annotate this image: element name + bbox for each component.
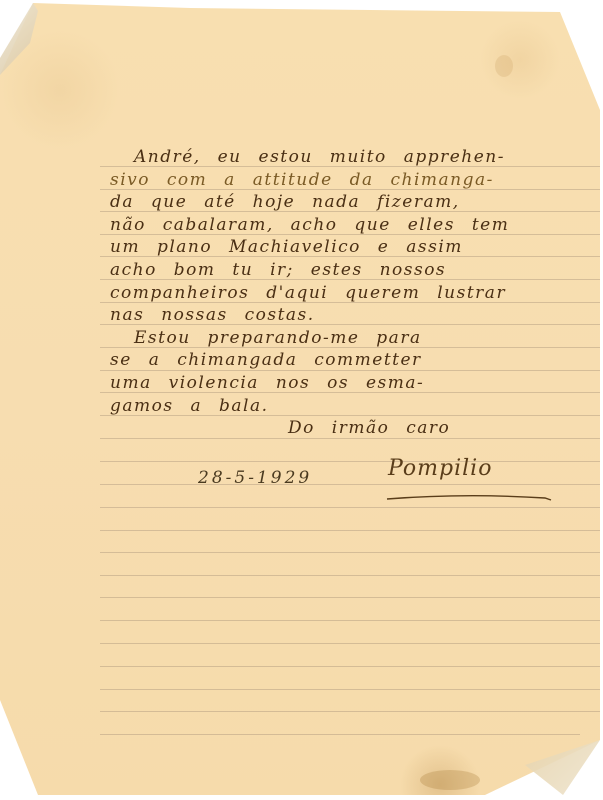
- letter-line: uma violencia nos os esma-: [110, 372, 600, 395]
- letter-line: Estou preparando-me para: [110, 327, 600, 350]
- signature: Pompilio: [388, 456, 492, 481]
- letter-line: André, eu estou muito apprehen-: [110, 146, 600, 169]
- letter-line: se a chimangada commetter: [110, 349, 600, 372]
- letter-line: da que até hoje nada fizeram,: [110, 191, 600, 214]
- letter-body: André, eu estou muito apprehen- sivo com…: [110, 146, 600, 440]
- letter-date: 28-5-1929: [198, 468, 312, 488]
- letter-line: um plano Machiavelico e assim: [110, 236, 600, 259]
- letter-line: acho bom tu ir; estes nossos: [110, 259, 600, 282]
- letter-line: nas nossas costas.: [110, 304, 600, 327]
- letter-line: gamos a bala.: [110, 395, 600, 418]
- letter-line: não cabalaram, acho que elles tem: [110, 214, 600, 237]
- letter-closing: Do irmão caro: [110, 417, 600, 440]
- letter-line: companheiros d'aqui querem lustrar: [110, 282, 600, 305]
- letter-line: sivo com a attitude da chimanga-: [110, 169, 600, 192]
- signature-flourish: [385, 492, 553, 502]
